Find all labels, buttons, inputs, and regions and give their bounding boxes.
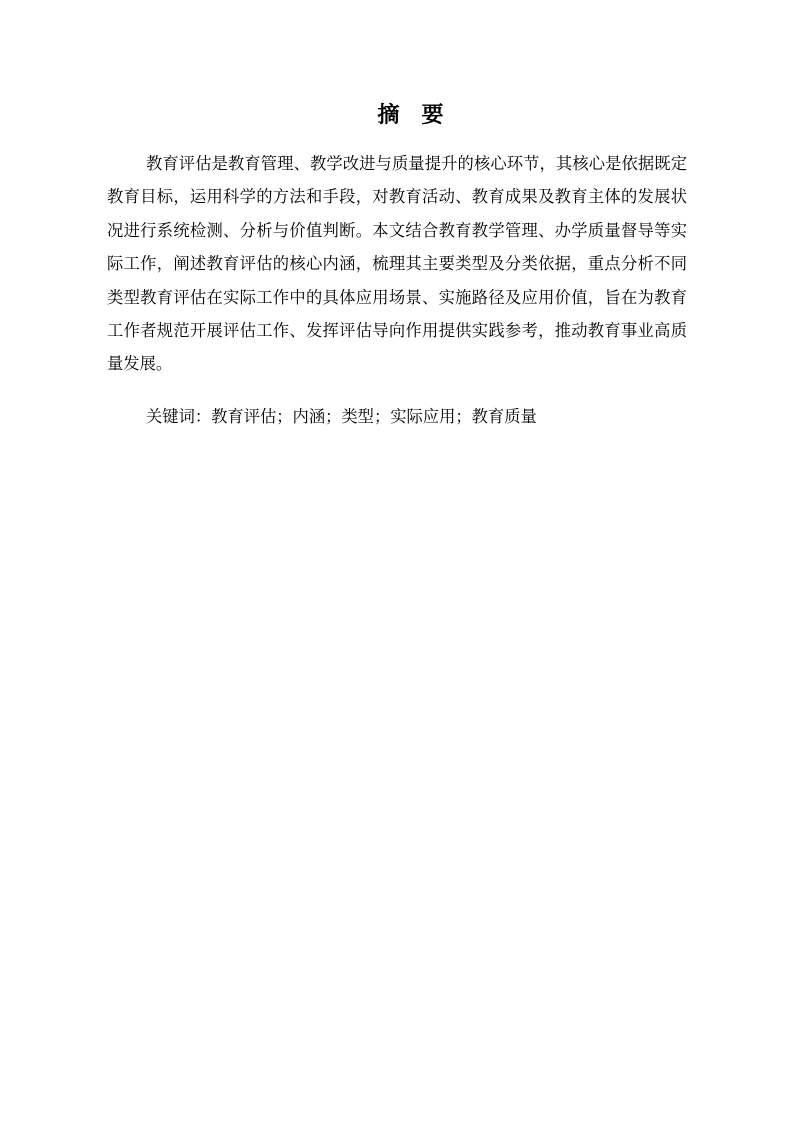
abstract-line: 教育目标，运用科学的方法和手段，对教育活动、教育成果及教育主体的发展状 — [107, 180, 687, 213]
abstract-line: 教育评估是教育管理、教学改进与质量提升的核心环节，其核心是依据既定 — [107, 147, 687, 180]
abstract-page: 摘 要 教育评估是教育管理、教学改进与质量提升的核心环节，其核心是依据既定 教育… — [0, 0, 793, 1122]
abstract-line: 量发展。 — [107, 347, 687, 380]
abstract-line: 工作者规范开展评估工作、发挥评估导向作用提供实践参考，推动教育事业高质 — [107, 314, 687, 347]
abstract-line: 类型教育评估在实际工作中的具体应用场景、实施路径及应用价值，旨在为教育 — [107, 281, 687, 314]
abstract-paragraph: 教育评估是教育管理、教学改进与质量提升的核心环节，其核心是依据既定 教育目标，运… — [107, 147, 687, 381]
abstract-line: 际工作，阐述教育评估的核心内涵，梳理其主要类型及分类依据，重点分析不同 — [107, 247, 687, 280]
page-title: 摘 要 — [14, 101, 793, 129]
abstract-line: 况进行系统检测、分析与价值判断。本文结合教育教学管理、办学质量督导等实 — [107, 214, 687, 247]
keywords-line: 关键词：教育评估；内涵；类型；实际应用；教育质量 — [107, 400, 687, 433]
